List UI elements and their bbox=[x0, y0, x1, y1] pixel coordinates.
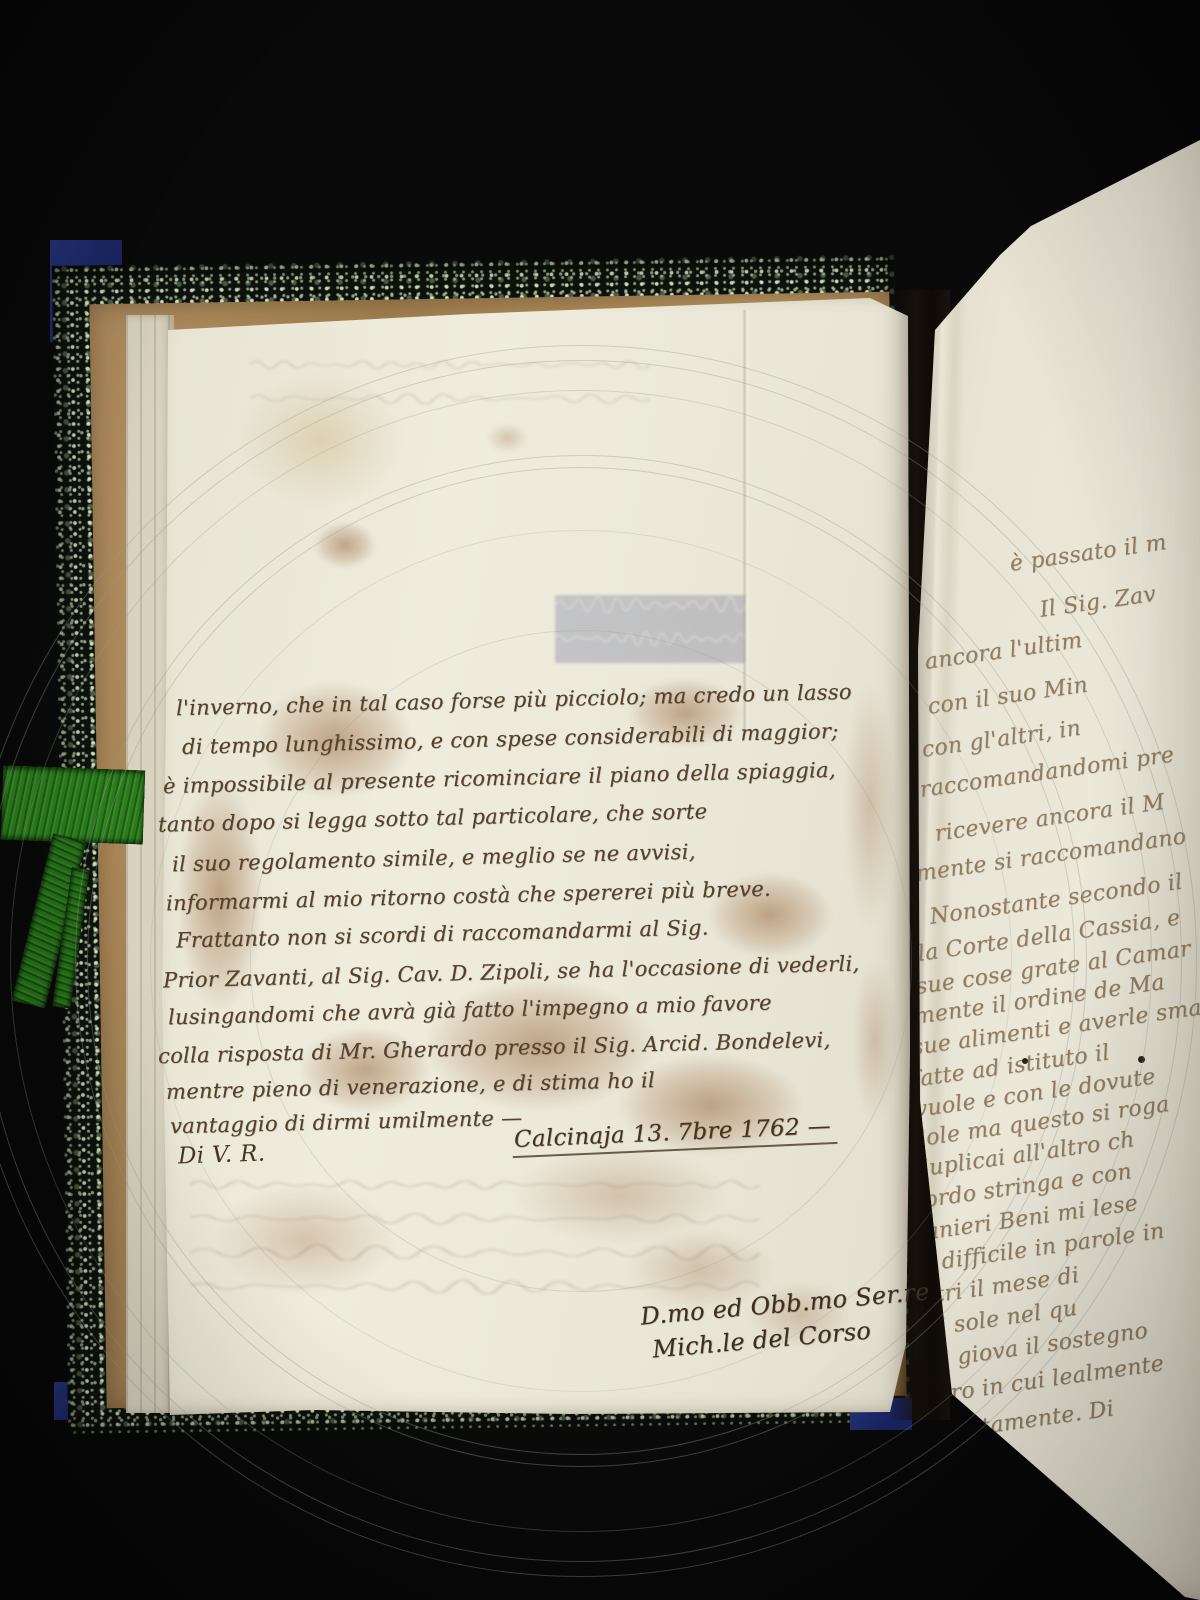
ink-dot bbox=[1022, 1058, 1028, 1064]
facing-page-header: M.o Red.o Sig. bbox=[1014, 116, 1191, 221]
bookmark-ribbon bbox=[1, 766, 145, 845]
facing-page-line: certamente. Di bbox=[943, 1396, 1115, 1444]
facing-page-line: Il Sig. Zav bbox=[1038, 582, 1157, 623]
ink-stain bbox=[185, 1165, 425, 1315]
facing-page-board-edge bbox=[982, 110, 1200, 232]
archival-photo: l'inverno, che in tal caso forse più pic… bbox=[0, 0, 1200, 1600]
paper-crease bbox=[742, 310, 750, 730]
ink-dot bbox=[1138, 1056, 1145, 1063]
ink-stain bbox=[480, 418, 535, 458]
closing-salutation: Di V. R. bbox=[178, 1140, 266, 1169]
bleedthrough-marks-middle bbox=[555, 595, 745, 663]
facing-page-line: è passato il m bbox=[1008, 530, 1168, 577]
paper-stain bbox=[210, 350, 430, 530]
